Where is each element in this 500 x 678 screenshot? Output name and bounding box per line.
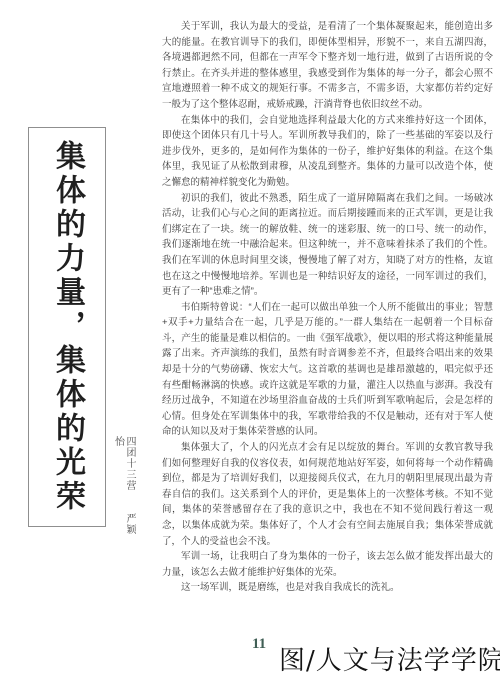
page-title: 集体的力量，集体的光荣 — [52, 140, 82, 514]
article-paragraph: 军训一场，让我明白了身为集体的一份子，该去怎么做才能发挥出最大的力量，该怎么去做… — [162, 549, 493, 580]
page-number: 11 — [252, 636, 266, 653]
article-body: 关于军训，我认为最大的受益，是看清了一个集体凝聚起来，能创造出多大的能量。在教官… — [162, 19, 493, 596]
author-attribution: 四团十三营 严颖怡 — [112, 436, 135, 536]
article-paragraph: 这一场军训，既是磨练，也是对我自我成长的洗礼。 — [162, 580, 493, 596]
magazine-page: 集体的力量，集体的光荣 四团十三营 严颖怡 关于军训，我认为最大的受益，是看清了… — [0, 0, 500, 678]
vertical-title-box: 集体的力量，集体的光荣 — [28, 127, 106, 527]
article-paragraph: 集体强大了，个人的闪光点才会有足以绽放的舞台。军训的女教官教导我们如何整理好自我… — [162, 440, 493, 549]
author-unit: 四团十三营 — [124, 436, 135, 491]
article-paragraph: 韦伯斯特曾说：“人们在一起可以做出单独一个人所不能做出的事业；智慧+双手+力量结… — [162, 300, 493, 440]
article-paragraph: 关于军训，我认为最大的受益，是看清了一个集体凝聚起来，能创造出多大的能量。在教官… — [162, 19, 493, 113]
article-paragraph: 初识的我们，彼此不熟悉，陌生成了一道屏障隔离在我们之间。一场破冰活动，让我们心与… — [162, 191, 493, 300]
photo-credit-caption: 图/人文与法学学院 — [279, 640, 500, 677]
article-paragraph: 在集体中的我们，会自觉地选择利益最大化的方式来维持好这一个团体，即使这个团体只有… — [162, 113, 493, 191]
